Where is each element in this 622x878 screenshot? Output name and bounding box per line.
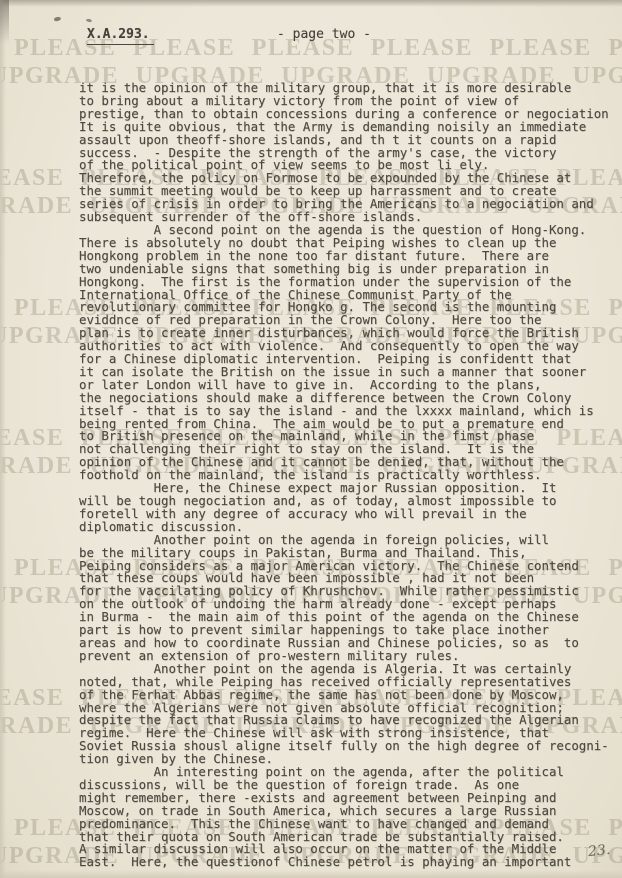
scan-edge-top (0, 0, 622, 7)
ink-speck (86, 19, 92, 23)
document-reference: X.A.293. (87, 27, 154, 45)
handwritten-page-number: 23. (587, 842, 611, 860)
document-scan-page: PLEASE PLEASE PLEASE PLEASE PLEASE PLEAS… (0, 0, 622, 878)
scan-edge-left (0, 0, 6, 878)
ink-speck (54, 16, 62, 22)
document-body: it is the opinion of the military group,… (79, 82, 609, 869)
scan-edge-bottom (0, 870, 622, 878)
scan-corner-mark (0, 0, 9, 44)
page-label: - page two - (277, 27, 371, 42)
